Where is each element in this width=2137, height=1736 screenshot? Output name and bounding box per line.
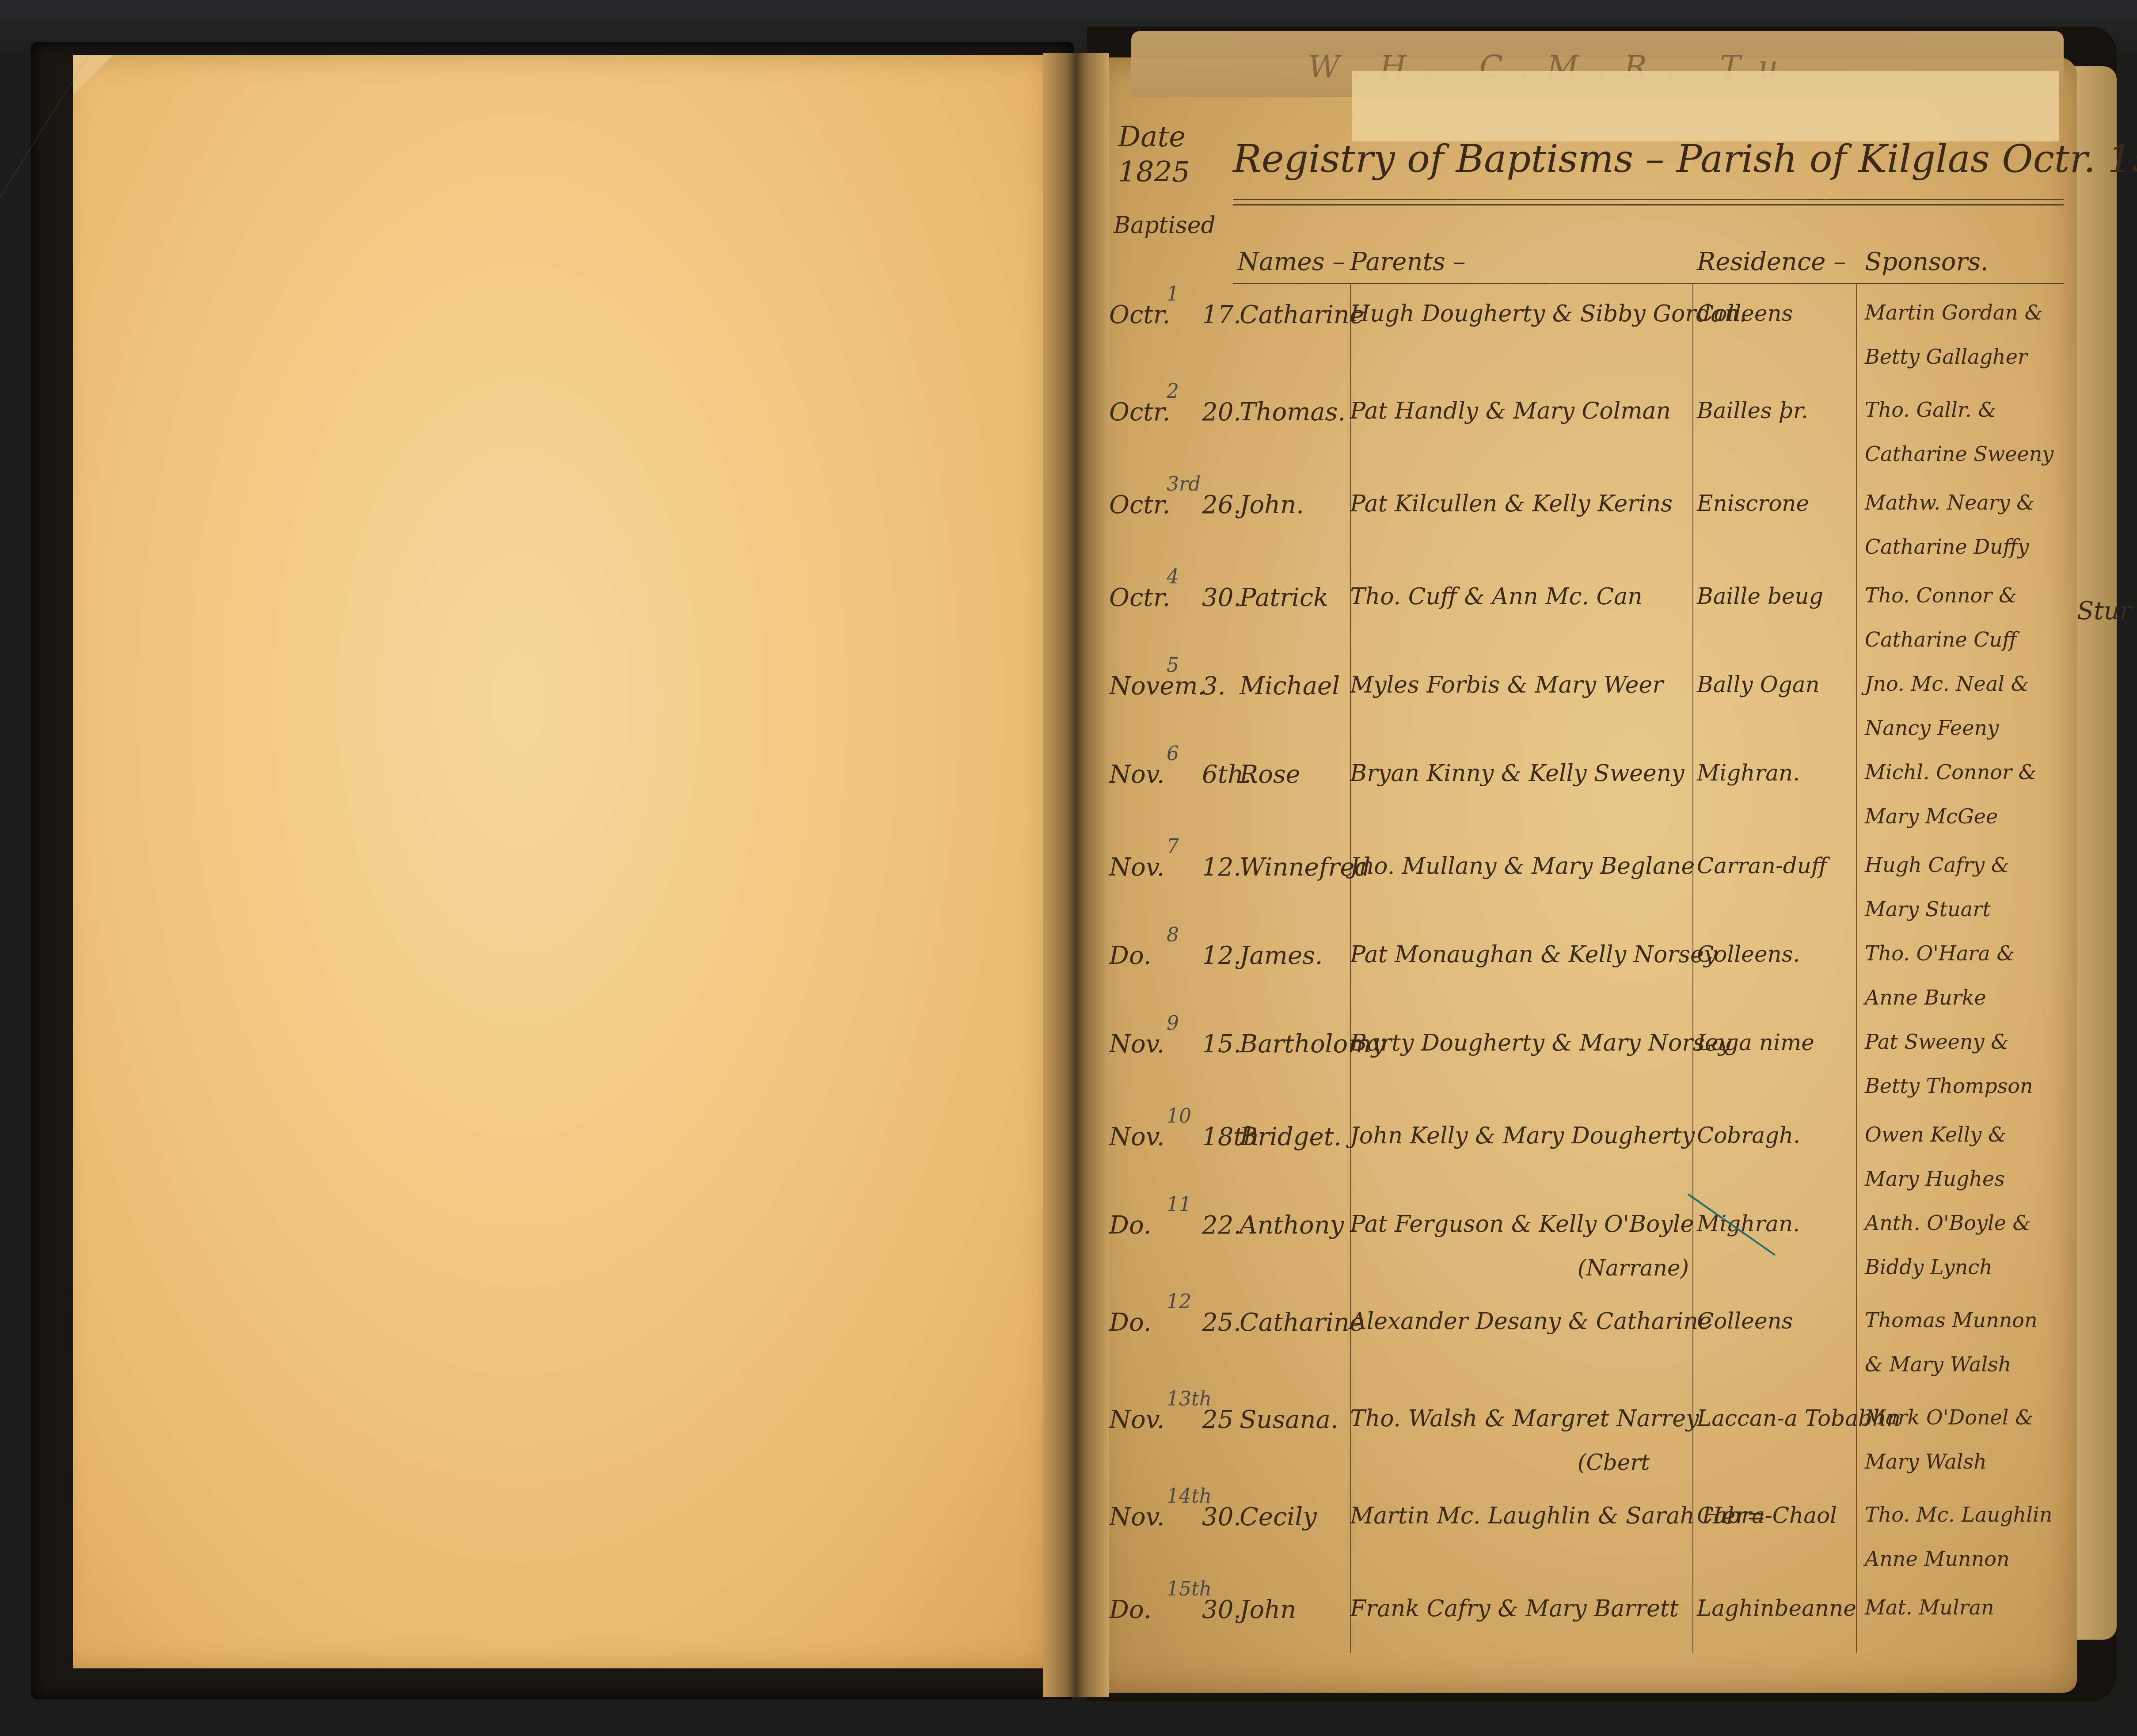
entry-month: Do. [1109,941,1151,970]
entry-sponsor-1: Jno. Mc. Neal & [1865,672,2029,696]
entry-sponsor-1: Owen Kelly & [1865,1123,2006,1146]
entry-sponsor-1: Tho. Gallr. & [1865,398,1996,422]
entry-residence: Laghinbeanne [1697,1595,1856,1621]
entry-residence: Eniscrone [1697,491,1809,516]
entry-sponsor-1: Martin Gordan & [1865,301,2042,324]
entry-parents: Frank Cafry & Mary Barrett [1350,1595,1679,1622]
entry-sponsor-2: Catharine Sweeny [1865,442,2053,466]
entry-day: 30. [1202,583,1241,612]
register-entry: 8 Do. 12. James. Pat Monaughan & Kelly N… [1109,941,2072,1030]
entry-sponsor-2: Mary McGee [1865,804,1998,828]
title-underline [1233,199,2064,200]
column-header-residence: Residence – [1697,247,1846,276]
entry-month: Nov. [1109,853,1165,882]
register-entry: 4 Octr. 30. Patrick Tho. Cuff & Ann Mc. … [1109,583,2072,672]
entry-sponsor-2: Anne Burke [1865,986,1986,1009]
entry-sponsor-1: Mathw. Neary & [1865,491,2034,514]
entry-day: 17. [1202,301,1241,329]
entry-parents-extra: (Narrane) [1578,1255,1689,1281]
entry-sponsor-1: Hugh Cafry & [1865,853,2009,877]
entry-number: 9 [1167,1012,1179,1035]
register-entry: 5 Novem. 3. Michael Myles Forbis & Mary … [1109,672,2072,760]
entry-day: 12. [1202,853,1241,882]
entry-residence: Colleens [1697,301,1793,326]
entry-sponsor-2: Mary Walsh [1865,1450,1987,1473]
entry-number: 8 [1167,924,1179,946]
entry-month: Nov. [1109,760,1165,789]
baptised-column-label: Baptised [1114,212,1216,239]
column-header-parents: Parents – [1350,247,1466,276]
entry-parents: Pat Ferguson & Kelly O'Boyle [1350,1211,1694,1237]
entry-month: Novem. [1109,672,1205,700]
left-page-corner-fold [73,55,113,95]
entry-parents: Pat Handly & Mary Colman [1350,398,1671,424]
entry-sponsor-2: & Mary Walsh [1865,1352,2011,1376]
entry-parents: Tho. Walsh & Margret Narrey [1350,1405,1699,1432]
entry-parents: Pat Monaughan & Kelly Norsey [1350,941,1717,968]
entry-number: 10 [1167,1105,1191,1127]
entry-month: Nov. [1109,1405,1165,1434]
entry-sponsor-1: Mark O'Donel & [1865,1405,2033,1429]
entry-day: 20. [1202,398,1241,426]
entry-sponsor-1: Mat. Mulran [1865,1595,1994,1619]
entry-parents: Myles Forbis & Mary Weer [1350,672,1663,698]
entry-name: Michael [1240,672,1340,700]
entry-number: 6 [1167,742,1179,765]
entry-residence: Colleens [1697,1308,1793,1334]
date-column-label: Date 1825 [1118,119,1190,190]
entry-name: Susana. [1240,1405,1338,1434]
entry-month: Octr. [1109,398,1170,426]
entry-sponsor-1: Thomas Munnon [1865,1308,2038,1332]
entry-name: Anthony [1240,1211,1344,1240]
entry-number: 3rd [1167,473,1201,495]
entry-sponsor-1: Pat Sweeny & [1865,1030,2009,1054]
register-entry: 10 Nov. 18th Bridget. John Kelly & Mary … [1109,1123,2072,1211]
entry-month: Nov. [1109,1123,1165,1151]
entry-sponsor-2: Mary Hughes [1865,1167,2005,1191]
entry-sponsor-2: Biddy Lynch [1865,1255,1993,1279]
entry-day: 22. [1202,1211,1241,1240]
entry-parents: Hugh Dougherty & Sibby Gordan. [1350,301,1746,327]
entry-parents: Alexander Desany & Catharine [1350,1308,1712,1335]
register-entry: 12 Do. 25. Catharine Alexander Desany & … [1109,1308,2072,1397]
entry-day: 25. [1202,1308,1241,1337]
entry-residence: Baille beug [1697,583,1823,609]
year-label-text: 1825 [1118,155,1190,190]
entry-month: Nov. [1109,1030,1165,1058]
entry-sponsor-2: Betty Thompson [1865,1074,2033,1098]
register-entry: 1 Octr. 17. Catharine Hugh Dougherty & S… [1109,301,2072,389]
entry-sponsor-2: Catharine Cuff [1865,628,2017,651]
column-header-names: Names – [1237,247,1345,276]
entry-name: James. [1240,941,1323,970]
book-gutter [1043,53,1109,1697]
register-entry: 2 Octr. 20. Thomas. Pat Handly & Mary Co… [1109,398,2072,486]
title-underline-2 [1233,204,2064,206]
entry-residence: Colleens. [1697,941,1800,967]
entry-name: Thomas. [1240,398,1346,426]
entry-residence: Laga nime [1697,1030,1814,1055]
entry-month: Octr. [1109,583,1170,612]
date-label-text: Date [1118,119,1190,155]
register-entry: 7 Nov. 12. Winnefred Jno. Mullany & Mary… [1109,853,2072,941]
entry-residence: Mighran. [1697,760,1800,786]
register-entry: 9 Nov. 15. Bartholomy Barty Dougherty & … [1109,1030,2072,1118]
entry-month: Octr. [1109,491,1170,519]
entry-name: Cecily [1240,1503,1317,1531]
pasted-paper-patch [1352,71,2059,141]
register-entry: 14th Nov. 30. Cecily Martin Mc. Laughlin… [1109,1503,2072,1591]
entry-day: 3. [1202,672,1225,700]
entry-name: John. [1240,491,1304,519]
entry-parents: Tho. Cuff & Ann Mc. Can [1350,583,1643,610]
page-edges [2072,66,2117,1640]
entry-month: Do. [1109,1595,1151,1624]
entry-sponsor-1: Anth. O'Boyle & [1865,1211,2031,1235]
entry-day: 30. [1202,1503,1241,1531]
entry-sponsor-1: Tho. O'Hara & [1865,941,2015,965]
entry-residence: Mighran. [1697,1211,1800,1237]
entry-day: 26. [1202,491,1241,519]
entry-parents: Jno. Mullany & Mary Beglane [1350,853,1695,879]
entry-number: 11 [1167,1193,1191,1216]
register-entry: 6 Nov. 6th. Rose Bryan Kinny & Kelly Swe… [1109,760,2072,849]
entry-day: 30. [1202,1595,1241,1624]
register-entry: 11 Do. 22. Anthony Pat Ferguson & Kelly … [1109,1211,2072,1299]
entry-month: Nov. [1109,1503,1165,1531]
entry-parents: Pat Kilcullen & Kelly Kerins [1350,491,1673,517]
entry-name: Catharine [1240,1308,1364,1337]
entry-name: Rose [1240,760,1300,789]
left-page-blank [73,55,1063,1668]
entry-parents: Bryan Kinny & Kelly Sweeny [1350,760,1685,787]
entry-day: 25 [1202,1405,1233,1434]
entry-residence: Cobragh. [1697,1123,1800,1148]
entry-number: 7 [1167,835,1179,858]
entry-residence: Carran-duff [1697,853,1827,879]
entry-day: 15. [1202,1030,1241,1058]
entry-sponsor-2: Betty Gallagher [1865,345,2027,369]
register-title: Registry of Baptisms – Parish of Kilglas… [1233,137,2137,181]
register-entry: 13th Nov. 25 Susana. Tho. Walsh & Margre… [1109,1405,2072,1494]
entry-name: Bridget. [1240,1123,1342,1151]
entry-name: Catharine [1240,301,1364,329]
entry-residence: Cabra-Chaol [1697,1503,1837,1528]
entry-residence: Bally Ogan [1697,672,1820,697]
entry-sponsor-2: Catharine Duffy [1865,535,2029,559]
entry-parents: John Kelly & Mary Dougherty [1350,1123,1695,1149]
entry-residence: Bailles þr. [1697,398,1808,423]
margin-note: Stur [2077,597,2132,625]
entry-sponsor-1: Tho. Mc. Laughlin [1865,1503,2052,1527]
entry-sponsor-2: Mary Stuart [1865,897,1991,921]
entry-parents: Barty Dougherty & Mary Norsey [1350,1030,1731,1056]
entry-month: Octr. [1109,301,1170,329]
entry-month: Do. [1109,1211,1151,1240]
entry-number: 12 [1167,1291,1191,1313]
entry-name: John [1240,1595,1296,1624]
entry-sponsor-2: Nancy Feeny [1865,716,1999,740]
entry-sponsor-2: Anne Munnon [1865,1547,2010,1571]
header-rule [1233,283,2064,284]
column-header-sponsors: Sponsors. [1865,247,1989,276]
entry-parents-extra: (Cbert [1578,1450,1650,1475]
register-entry: 15th Do. 30. John Frank Cafry & Mary Bar… [1109,1595,2072,1684]
entry-name: Patrick [1240,583,1328,612]
register-entry: 3rd Octr. 26. John. Pat Kilcullen & Kell… [1109,491,2072,579]
entry-sponsor-1: Tho. Connor & [1865,583,2017,607]
entry-month: Do. [1109,1308,1151,1337]
entry-sponsor-1: Michl. Connor & [1865,760,2037,784]
entry-day: 12. [1202,941,1241,970]
